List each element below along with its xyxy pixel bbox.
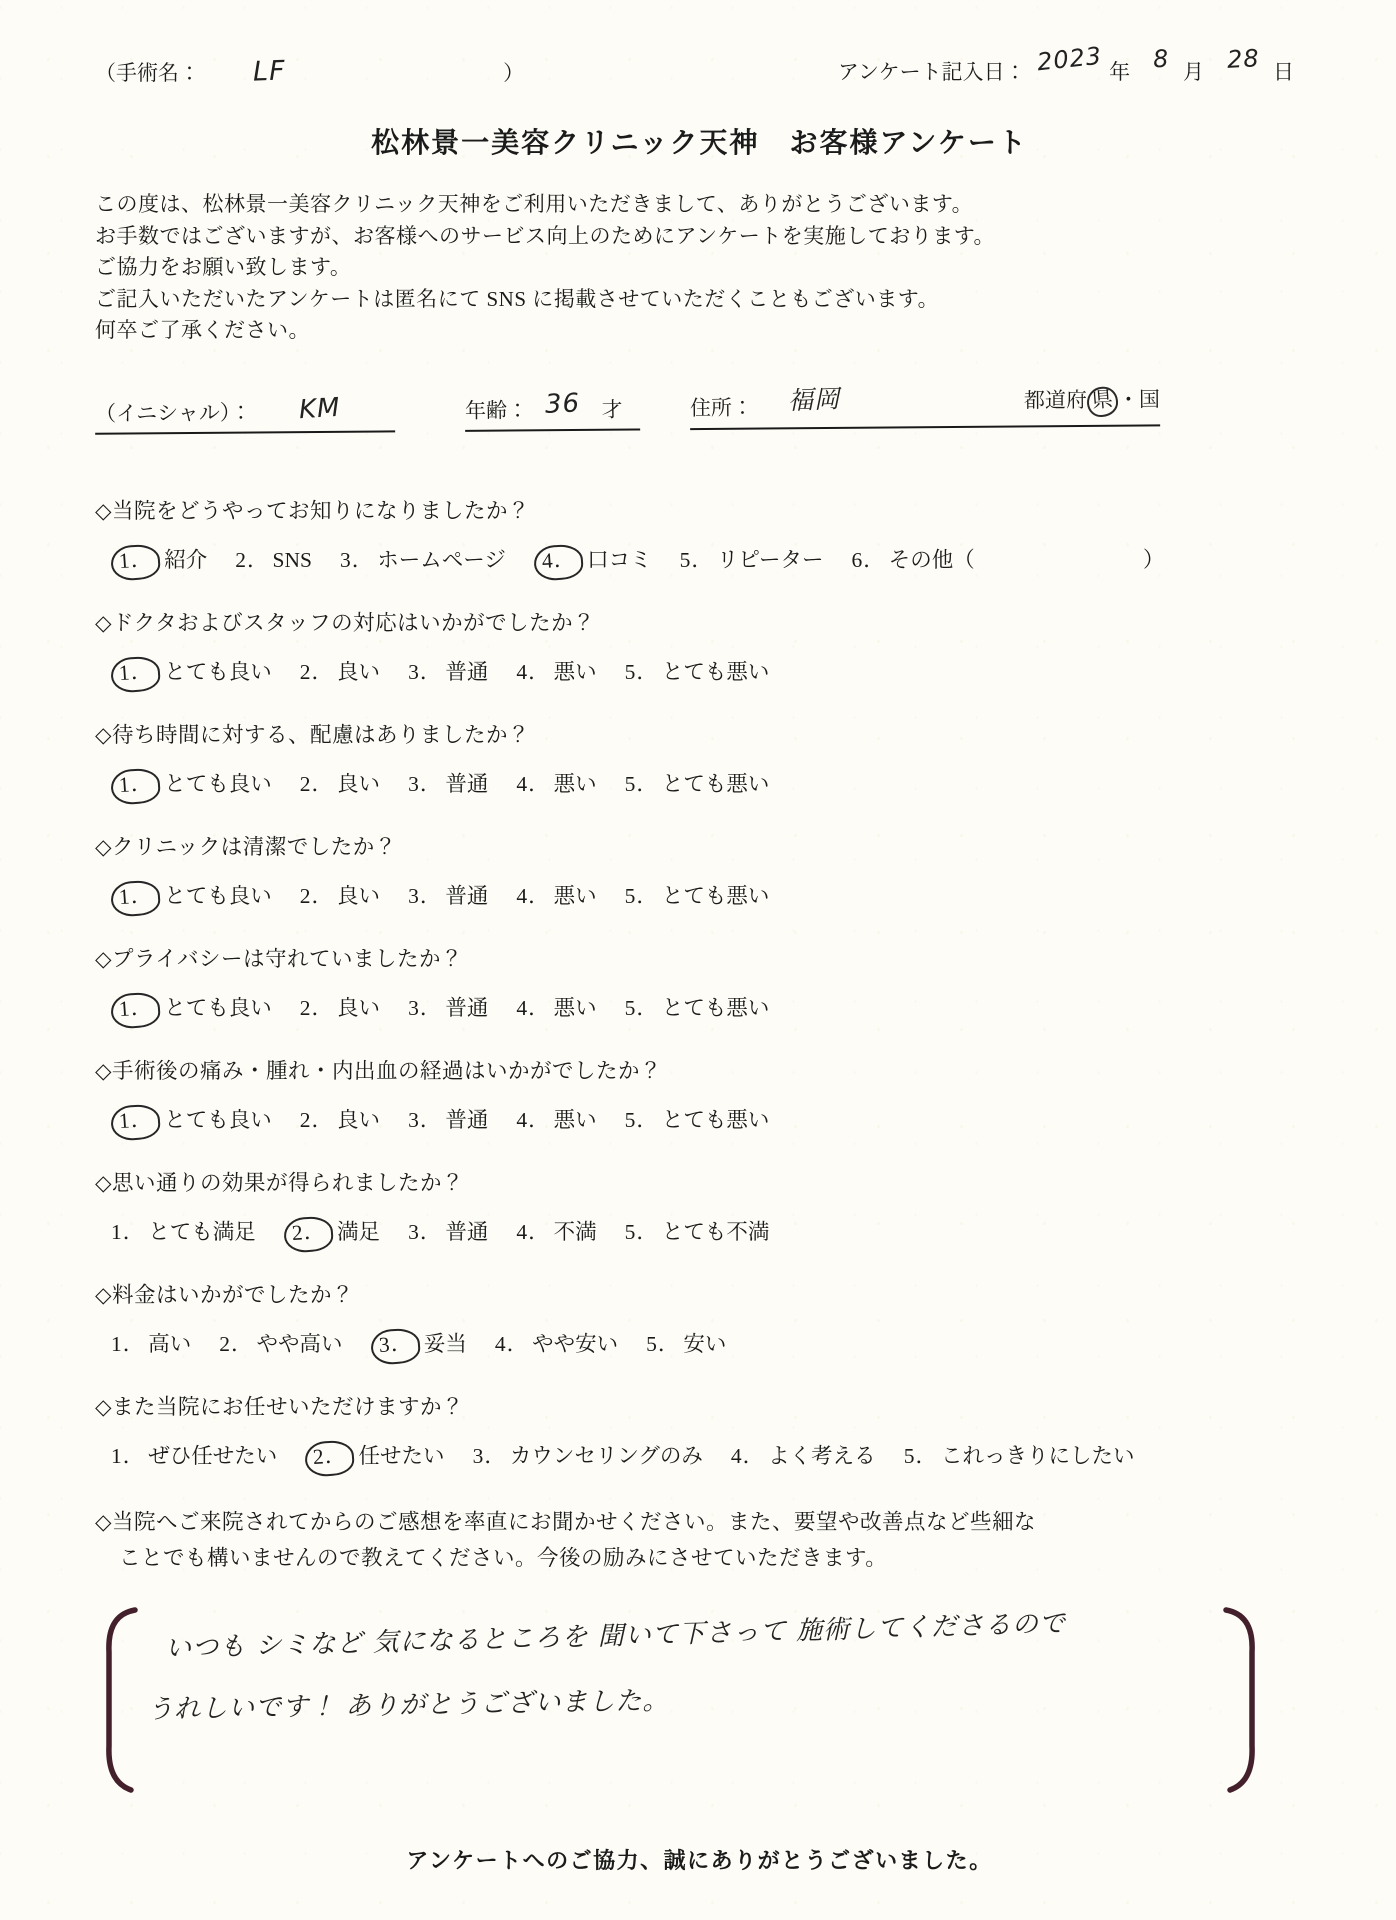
surgery-name-close-paren: ） (503, 57, 524, 87)
option-label: その他（ (889, 548, 975, 572)
option-number: 4． (516, 1108, 550, 1132)
option-label: とても満足 (148, 1220, 256, 1244)
survey-question-6: ◇手術後の痛み・腫れ・内出血の経過はいかがでしたか？1．とても良い2．良い3．普… (95, 1056, 1304, 1141)
question-prompt: ◇手術後の痛み・腫れ・内出血の経過はいかがでしたか？ (95, 1056, 1304, 1086)
intro-line: お手数ではございますが、お客様へのサービス向上のためにアンケートを実施しておりま… (95, 221, 1304, 253)
option-label: 高い (148, 1332, 191, 1356)
age-label: 年齢： (465, 398, 528, 422)
question-options: 1．ぜひ任せたい2．任せたい3．カウンセリングのみ4．よく考える5．これっきりに… (95, 1435, 1304, 1477)
option-number: 2． (300, 884, 334, 908)
option: 3．普通 (408, 996, 488, 1020)
selected-option-number: 1． (110, 655, 162, 693)
option: 5．とても悪い (625, 772, 770, 796)
handwritten-comment-line-2: うれしいです！ ありがとうございました。 (135, 1670, 1194, 1725)
option-label: これっきりにしたい (941, 1444, 1135, 1468)
option: 4．よく考える (731, 1444, 876, 1468)
option-label: 安い (683, 1332, 726, 1356)
option: 4．口コミ (534, 548, 652, 572)
option-label: とても不満 (662, 1220, 770, 1244)
option: 5．とても悪い (625, 996, 770, 1020)
option: 4．不満 (516, 1220, 596, 1244)
intro-line: ご記入いただいたアンケートは匿名にて SNS に掲載させていただくこともございま… (95, 284, 1304, 316)
option-label: とても良い (164, 996, 272, 1020)
selected-option-number: 2． (304, 1439, 356, 1477)
question-options: 1．高い2．やや高い3．妥当4．やや安い5．安い (95, 1323, 1304, 1365)
option-label: ぜひ任せたい (148, 1444, 277, 1468)
survey-date-year: 2023 (1036, 42, 1104, 77)
comment-question-line-2: ことでも構いませんので教えてください。今後の励みにさせていただきます。 (95, 1540, 1304, 1576)
option: 2．良い (300, 772, 380, 796)
question-options: 1．紹介2．SNS3．ホームページ4．口コミ5．リピーター6．その他（） (95, 539, 1304, 581)
option-label: 良い (337, 884, 380, 908)
initials-label: （イニシャル）： (95, 400, 251, 425)
option: 2．SNS (235, 548, 312, 572)
option: 3．妥当 (371, 1332, 467, 1356)
option-label: 悪い (554, 884, 597, 908)
option: 3．普通 (408, 1220, 488, 1244)
option: 1．とても良い (111, 996, 272, 1020)
option-number: 6． (852, 548, 886, 572)
option-label: 良い (337, 660, 380, 684)
option-number: 4． (516, 996, 550, 1020)
address-label-and-value: 住所： 福岡 (690, 385, 841, 422)
questions: ◇当院をどうやってお知りになりましたか？1．紹介2．SNS3．ホームページ4．口… (95, 496, 1304, 1477)
option: 3．普通 (408, 660, 488, 684)
comment-question-line-1: ◇当院へご来院されてからのご感想を率直にお聞かせください。また、要望や改善点など… (95, 1504, 1304, 1540)
selected-option-number: 1． (110, 767, 162, 805)
address-field: 住所： 福岡 都道府県・国 (690, 383, 1160, 430)
month-unit: 月 (1183, 60, 1204, 84)
option: 5．これっきりにしたい (904, 1444, 1135, 1468)
selected-option-number: 1． (110, 543, 162, 581)
option: 6．その他（） (852, 548, 1165, 572)
question-prompt: ◇思い通りの効果が得られましたか？ (95, 1168, 1304, 1198)
option-number: 5． (625, 884, 659, 908)
option-number: 2． (300, 660, 334, 684)
option-number: 5． (625, 996, 659, 1020)
option-label: 普通 (445, 772, 488, 796)
option-label: 妥当 (424, 1332, 467, 1356)
option-label: とても良い (164, 772, 272, 796)
initials-value: KM (298, 392, 341, 424)
prefecture-text: 都道府 (1024, 387, 1087, 411)
option: 2．やや高い (219, 1332, 342, 1356)
option-number: 4． (516, 1220, 550, 1244)
option-label: 悪い (554, 996, 597, 1020)
question-options: 1．とても良い2．良い3．普通4．悪い5．とても悪い (95, 763, 1304, 805)
option-label: とても良い (164, 660, 272, 684)
option: 2．良い (300, 1108, 380, 1132)
closing-message: アンケートへのご協力、誠にありがとうございました。 (95, 1844, 1304, 1875)
survey-date-month: 8 (1152, 44, 1170, 73)
surgery-name-label: （手術名： (95, 61, 200, 85)
age-value: 36 (545, 388, 581, 419)
option: 4．悪い (516, 772, 596, 796)
option: 1．とても良い (111, 884, 272, 908)
question-options: 1．とても良い2．良い3．普通4．悪い5．とても悪い (95, 651, 1304, 693)
option-label: とても悪い (662, 1108, 770, 1132)
option: 3．普通 (408, 772, 488, 796)
address-value: 福岡 (787, 379, 841, 417)
option-number: 4． (516, 884, 550, 908)
prefecture-country-label: 都道府県・国 (1024, 383, 1160, 420)
option-label: とても良い (164, 884, 272, 908)
option-label: 悪い (554, 772, 597, 796)
question-prompt: ◇また当院にお任せいただけますか？ (95, 1392, 1304, 1422)
survey-date-day: 28 (1226, 44, 1260, 74)
option-label: 良い (337, 772, 380, 796)
day-unit: 日 (1273, 60, 1294, 84)
header-row: （手術名： LF ） アンケート記入日： 2023 年 8 月 28 日 (95, 56, 1304, 87)
country-text: ・国 (1118, 387, 1160, 411)
option-number: 2． (300, 1108, 334, 1132)
intro-paragraph: この度は、松林景一美容クリニック天神をご利用いただきまして、ありがとうございます… (95, 189, 1304, 347)
option-number: 1． (111, 1444, 145, 1468)
option-label: 良い (337, 996, 380, 1020)
option: 1．ぜひ任せたい (111, 1444, 277, 1468)
option-number: 5． (680, 548, 714, 572)
option: 2．満足 (284, 1220, 380, 1244)
option: 3．ホームページ (340, 548, 506, 572)
option-number: 2． (219, 1332, 253, 1356)
option-label: 口コミ (587, 548, 652, 572)
option-number: 3． (408, 884, 442, 908)
survey-question-4: ◇クリニックは清潔でしたか？1．とても良い2．良い3．普通4．悪い5．とても悪い (95, 832, 1304, 917)
option-label: やや安い (532, 1332, 618, 1356)
option-label-tail: ） (1143, 548, 1165, 572)
option-number: 2． (235, 548, 269, 572)
option-label: 満足 (337, 1220, 380, 1244)
option: 5．リピーター (680, 548, 824, 572)
option: 1．とても良い (111, 660, 272, 684)
age-field: 年齢： 36 才 (465, 393, 640, 431)
option: 4．やや安い (495, 1332, 618, 1356)
question-options: 1．とても良い2．良い3．普通4．悪い5．とても悪い (95, 875, 1304, 917)
option-label: とても悪い (662, 772, 770, 796)
option-label: とても悪い (662, 884, 770, 908)
option: 2．良い (300, 660, 380, 684)
option-label: やや高い (257, 1332, 343, 1356)
question-prompt: ◇プライバシーは守れていましたか？ (95, 944, 1304, 974)
option-label: リピーター (717, 548, 824, 572)
question-prompt: ◇クリニックは清潔でしたか？ (95, 832, 1304, 862)
option-number: 5． (625, 1108, 659, 1132)
option-label: 普通 (445, 660, 488, 684)
option-label: 普通 (445, 1220, 488, 1244)
option-label: 任せたい (359, 1444, 445, 1468)
option-label: 紹介 (164, 548, 207, 572)
option-number: 5． (904, 1444, 938, 1468)
option: 5．安い (646, 1332, 726, 1356)
survey-date-field: アンケート記入日： 2023 年 8 月 28 日 (838, 56, 1304, 86)
option: 1．とても満足 (111, 1220, 256, 1244)
option: 5．とても悪い (625, 660, 770, 684)
option-number: 5． (625, 1220, 659, 1244)
form-title: 松林景一美容クリニック天神 お客様アンケート (95, 121, 1304, 161)
option-label: ホームページ (377, 548, 506, 572)
option-number: 3． (408, 772, 442, 796)
intro-line: この度は、松林景一美容クリニック天神をご利用いただきまして、ありがとうございます… (95, 189, 1304, 221)
option-label: カウンセリングのみ (510, 1444, 703, 1468)
option-label: SNS (273, 548, 312, 572)
option-number: 3． (408, 660, 442, 684)
option-label: 普通 (445, 996, 488, 1020)
surgery-name-field: （手術名： LF ） (95, 56, 524, 87)
question-options: 1．とても良い2．良い3．普通4．悪い5．とても悪い (95, 1099, 1304, 1141)
option-number: 2． (300, 772, 334, 796)
comment-area: いつも シミなど 気になるところを 聞いて下さって 施術してくださるので うれし… (95, 1604, 1304, 1802)
survey-question-9: ◇また当院にお任せいただけますか？1．ぜひ任せたい2．任せたい3．カウンセリング… (95, 1392, 1304, 1477)
option: 2．良い (300, 996, 380, 1020)
handwritten-comment-line-1: いつも シミなど 気になるところを 聞いて下さって 施術してくださるので (135, 1603, 1195, 1667)
option-label: 悪い (554, 1108, 597, 1132)
option: 4．悪い (516, 660, 596, 684)
option-number: 5． (646, 1332, 680, 1356)
option: 2．任せたい (305, 1444, 444, 1468)
option-label: とても悪い (662, 660, 770, 684)
selected-option-number: 1． (110, 879, 162, 917)
survey-question-5: ◇プライバシーは守れていましたか？1．とても良い2．良い3．普通4．悪い5．とて… (95, 944, 1304, 1029)
option-number: 4． (516, 660, 550, 684)
selected-option-number: 2． (283, 1215, 335, 1253)
option: 3．普通 (408, 1108, 488, 1132)
selected-option-number: 3． (369, 1327, 421, 1365)
option: 4．悪い (516, 996, 596, 1020)
option-number: 3． (473, 1444, 507, 1468)
option-number: 4． (516, 772, 550, 796)
option-number: 3． (408, 996, 442, 1020)
option-number: 4． (495, 1332, 529, 1356)
option-label: とても良い (164, 1108, 272, 1132)
address-label: 住所： (690, 395, 753, 419)
selected-option-number: 1． (110, 1103, 162, 1141)
option-number: 1． (111, 1332, 145, 1356)
option: 4．悪い (516, 1108, 596, 1132)
survey-date-label: アンケート記入日： (838, 60, 1026, 84)
intro-line: ご協力をお願い致します。 (95, 252, 1304, 284)
option-label: 悪い (554, 660, 597, 684)
question-prompt: ◇待ち時間に対する、配慮はありましたか？ (95, 720, 1304, 750)
question-prompt: ◇ドクタおよびスタッフの対応はいかがでしたか？ (95, 608, 1304, 638)
intro-line: 何卒ご了承ください。 (95, 315, 1304, 347)
option-label: とても悪い (662, 996, 770, 1020)
right-bracket (1218, 1604, 1264, 1796)
option: 3．普通 (408, 884, 488, 908)
profile-row: （イニシャル）： KM 年齢： 36 才 住所： 福岡 都道府県・国 (95, 382, 1304, 434)
option-number: 5． (625, 772, 659, 796)
selected-option-number: 4． (533, 543, 585, 581)
option: 5．とても悪い (625, 1108, 770, 1132)
option-number: 4． (731, 1444, 765, 1468)
option: 2．良い (300, 884, 380, 908)
option-label: よく考える (768, 1444, 876, 1468)
year-unit: 年 (1109, 60, 1130, 84)
initials-field: （イニシャル）： KM (95, 395, 395, 434)
survey-question-2: ◇ドクタおよびスタッフの対応はいかがでしたか？1．とても良い2．良い3．普通4．… (95, 608, 1304, 693)
question-prompt: ◇当院をどうやってお知りになりましたか？ (95, 496, 1304, 526)
option: 4．悪い (516, 884, 596, 908)
option-number: 5． (625, 660, 659, 684)
option-number: 3． (408, 1108, 442, 1132)
option-number: 2． (300, 996, 334, 1020)
option-label: 普通 (445, 1108, 488, 1132)
option-label: 不満 (554, 1220, 597, 1244)
question-options: 1．とても良い2．良い3．普通4．悪い5．とても悪い (95, 987, 1304, 1029)
option-label: 良い (337, 1108, 380, 1132)
survey-question-3: ◇待ち時間に対する、配慮はありましたか？1．とても良い2．良い3．普通4．悪い5… (95, 720, 1304, 805)
survey-question-7: ◇思い通りの効果が得られましたか？1．とても満足2．満足3．普通4．不満5．とて… (95, 1168, 1304, 1253)
survey-question-1: ◇当院をどうやってお知りになりましたか？1．紹介2．SNS3．ホームページ4．口… (95, 496, 1304, 581)
age-unit: 才 (602, 397, 623, 421)
option: 3．カウンセリングのみ (473, 1444, 703, 1468)
option: 1．紹介 (111, 548, 207, 572)
handwritten-comment: いつも シミなど 気になるところを 聞いて下さって 施術してくださるので うれし… (135, 1618, 1194, 1717)
question-options: 1．とても満足2．満足3．普通4．不満5．とても不満 (95, 1211, 1304, 1253)
option-label: 普通 (445, 884, 488, 908)
option: 5．とても悪い (625, 884, 770, 908)
option-number: 3． (340, 548, 374, 572)
survey-page: （手術名： LF ） アンケート記入日： 2023 年 8 月 28 日 松林景… (0, 0, 1396, 1920)
prefecture-circle: 県 (1086, 385, 1119, 417)
option-number: 3． (408, 1220, 442, 1244)
selected-option-number: 1． (110, 991, 162, 1029)
option: 1．高い (111, 1332, 191, 1356)
survey-question-8: ◇料金はいかがでしたか？1．高い2．やや高い3．妥当4．やや安い5．安い (95, 1280, 1304, 1365)
comment-question: ◇当院へご来院されてからのご感想を率直にお聞かせください。また、要望や改善点など… (95, 1504, 1304, 1576)
option: 1．とても良い (111, 772, 272, 796)
option: 1．とても良い (111, 1108, 272, 1132)
surgery-name-value: LF (253, 55, 287, 87)
option-number: 1． (111, 1220, 145, 1244)
question-prompt: ◇料金はいかがでしたか？ (95, 1280, 1304, 1310)
option: 5．とても不満 (625, 1220, 770, 1244)
